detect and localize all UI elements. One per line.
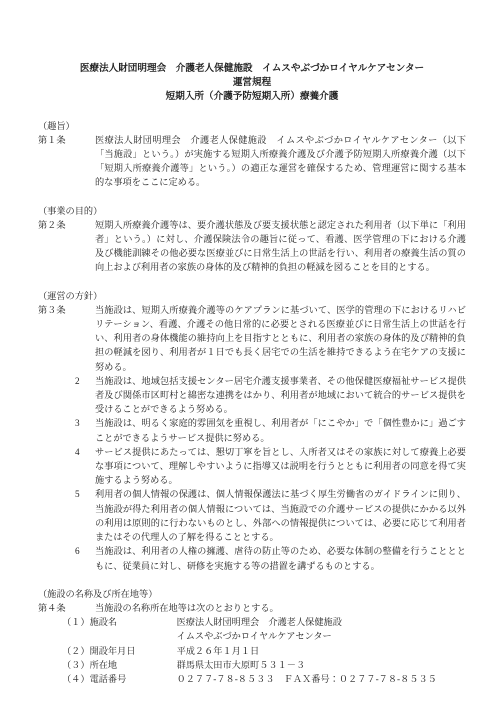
section-heading: （施設の名称及び所在地等） — [38, 587, 466, 601]
section-heading: （趣旨） — [38, 119, 466, 133]
subitem-number: 4 — [75, 445, 95, 488]
article-3-subitem-3: 3 当施設は、明るく家庭的雰囲気を重視し、利用者が「にこやか」で「個性豊かに」過… — [75, 416, 466, 444]
document-title: 医療法人財団明理会 介護老人保健施設 イムスやぶづかロイヤルケアセンター 運営規… — [38, 62, 466, 105]
detail-label: 電話番号 — [90, 672, 177, 686]
detail-value-line: 医療法人財団明理会 介護老人保健施設 — [177, 615, 466, 629]
detail-number: （４） — [62, 672, 90, 686]
title-line-regulation: 運営規程 — [38, 76, 466, 90]
subitem-text: 利用者の個人情報の保護は、個人情報保護法に基づく厚生労働省のガイドラインに則り、… — [95, 487, 466, 544]
detail-number: （３） — [62, 658, 90, 672]
detail-number: （１） — [62, 615, 90, 643]
article-2: 第２条 短期入所療養介護等は、要介護状態及び要支援状態と認定された利用者（以下単… — [38, 218, 466, 275]
article-label: 第１条 — [38, 133, 95, 147]
detail-value: 群馬県太田市大原町５３１－３ — [177, 658, 466, 672]
article-4: 第４条 当施設の名称所在地等は次のとおりとする。 — [38, 601, 466, 615]
section-facility-name-location: （施設の名称及び所在地等） 第４条 当施設の名称所在地等は次のとおりとする。 （… — [38, 587, 466, 686]
subitem-number: 6 — [75, 544, 95, 572]
subitem-text: 当施設は、明るく家庭的雰囲気を重視し、利用者が「にこやか」で「個性豊かに」過ごす… — [95, 416, 466, 444]
article-label: 第４条 — [38, 601, 95, 615]
article-3-subitem-6: 6 当施設は、利用者の人権の擁護、虐待の防止等のため、必要な体制の整備を行うこと… — [75, 544, 466, 572]
title-line-facility: 医療法人財団明理会 介護老人保健施設 イムスやぶづかロイヤルケアセンター — [38, 62, 466, 76]
title-line-service: 短期入所（介護予防短期入所）療養介護 — [38, 90, 466, 104]
section-purpose: （趣旨） 第１条 医療法人財団明理会 介護老人保健施設 イムスやぶづかロイヤルケ… — [38, 119, 466, 190]
section-heading: （運営の方針） — [38, 289, 466, 303]
subitem-text: 当施設は、利用者の人権の擁護、虐待の防止等のため、必要な体制の整備を行うこととと… — [95, 544, 466, 572]
article-3-subitem-2: 2 当施設は、地域包括支援センター居宅介護支援事業者、その他保健医療福祉サービス… — [75, 374, 466, 417]
detail-row-opening-date: （２） 開設年月日 平成２６年１月１日 — [62, 644, 466, 658]
detail-value: ０２７７-７８-８５３３ ＦＡＸ番号：０２７７-７８-８５３５ — [177, 672, 466, 686]
subitem-text: サービス提供にあたっては、懇切丁寧を旨とし、入所者又はその家族に対して療養上必要… — [95, 445, 466, 488]
subitem-text: 当施設は、地域包括支援センター居宅介護支援事業者、その他保健医療福祉サービス提供… — [95, 374, 466, 417]
article-text: 当施設は、短期入所療養介護等のケアプランに基づいて、医学的管理の下におけるリハビ… — [95, 303, 466, 374]
section-operating-policy: （運営の方針） 第３条 当施設は、短期入所療養介護等のケアプランに基づいて、医学… — [38, 289, 466, 573]
detail-row-address: （３） 所在地 群馬県太田市大原町５３１－３ — [62, 658, 466, 672]
article-3-subitem-4: 4 サービス提供にあたっては、懇切丁寧を旨とし、入所者又はその家族に対して療養上… — [75, 445, 466, 488]
subitem-number: 5 — [75, 487, 95, 544]
section-heading: （事業の目的） — [38, 204, 466, 218]
article-1: 第１条 医療法人財団明理会 介護老人保健施設 イムスやぶづかロイヤルケアセンター… — [38, 133, 466, 190]
subitem-number: 2 — [75, 374, 95, 417]
detail-value-line: イムスやぶづかロイヤルケアセンター — [177, 629, 466, 643]
document-page: 医療法人財団明理会 介護老人保健施設 イムスやぶづかロイヤルケアセンター 運営規… — [0, 0, 500, 707]
article-label: 第２条 — [38, 218, 95, 232]
detail-label: 開設年月日 — [90, 644, 177, 658]
detail-number: （２） — [62, 644, 90, 658]
detail-row-phone: （４） 電話番号 ０２７７-７８-８５３３ ＦＡＸ番号：０２７７-７８-８５３５ — [62, 672, 466, 686]
article-text: 医療法人財団明理会 介護老人保健施設 イムスやぶづかロイヤルケアセンター（以下「… — [95, 133, 466, 190]
section-business-objective: （事業の目的） 第２条 短期入所療養介護等は、要介護状態及び要支援状態と認定され… — [38, 204, 466, 275]
detail-label: 施設名 — [90, 615, 177, 643]
article-text: 当施設の名称所在地等は次のとおりとする。 — [95, 601, 466, 615]
detail-row-facility-name: （１） 施設名 医療法人財団明理会 介護老人保健施設 イムスやぶづかロイヤルケア… — [62, 615, 466, 643]
article-text: 短期入所療養介護等は、要介護状態及び要支援状態と認定された利用者（以下単に「利用… — [95, 218, 466, 275]
subitem-number: 3 — [75, 416, 95, 444]
detail-value: 平成２６年１月１日 — [177, 644, 466, 658]
detail-label: 所在地 — [90, 658, 177, 672]
article-3-subitem-5: 5 利用者の個人情報の保護は、個人情報保護法に基づく厚生労働省のガイドラインに則… — [75, 487, 466, 544]
article-label: 第３条 — [38, 303, 95, 317]
article-3: 第３条 当施設は、短期入所療養介護等のケアプランに基づいて、医学的管理の下におけ… — [38, 303, 466, 374]
detail-value: 医療法人財団明理会 介護老人保健施設 イムスやぶづかロイヤルケアセンター — [177, 615, 466, 643]
